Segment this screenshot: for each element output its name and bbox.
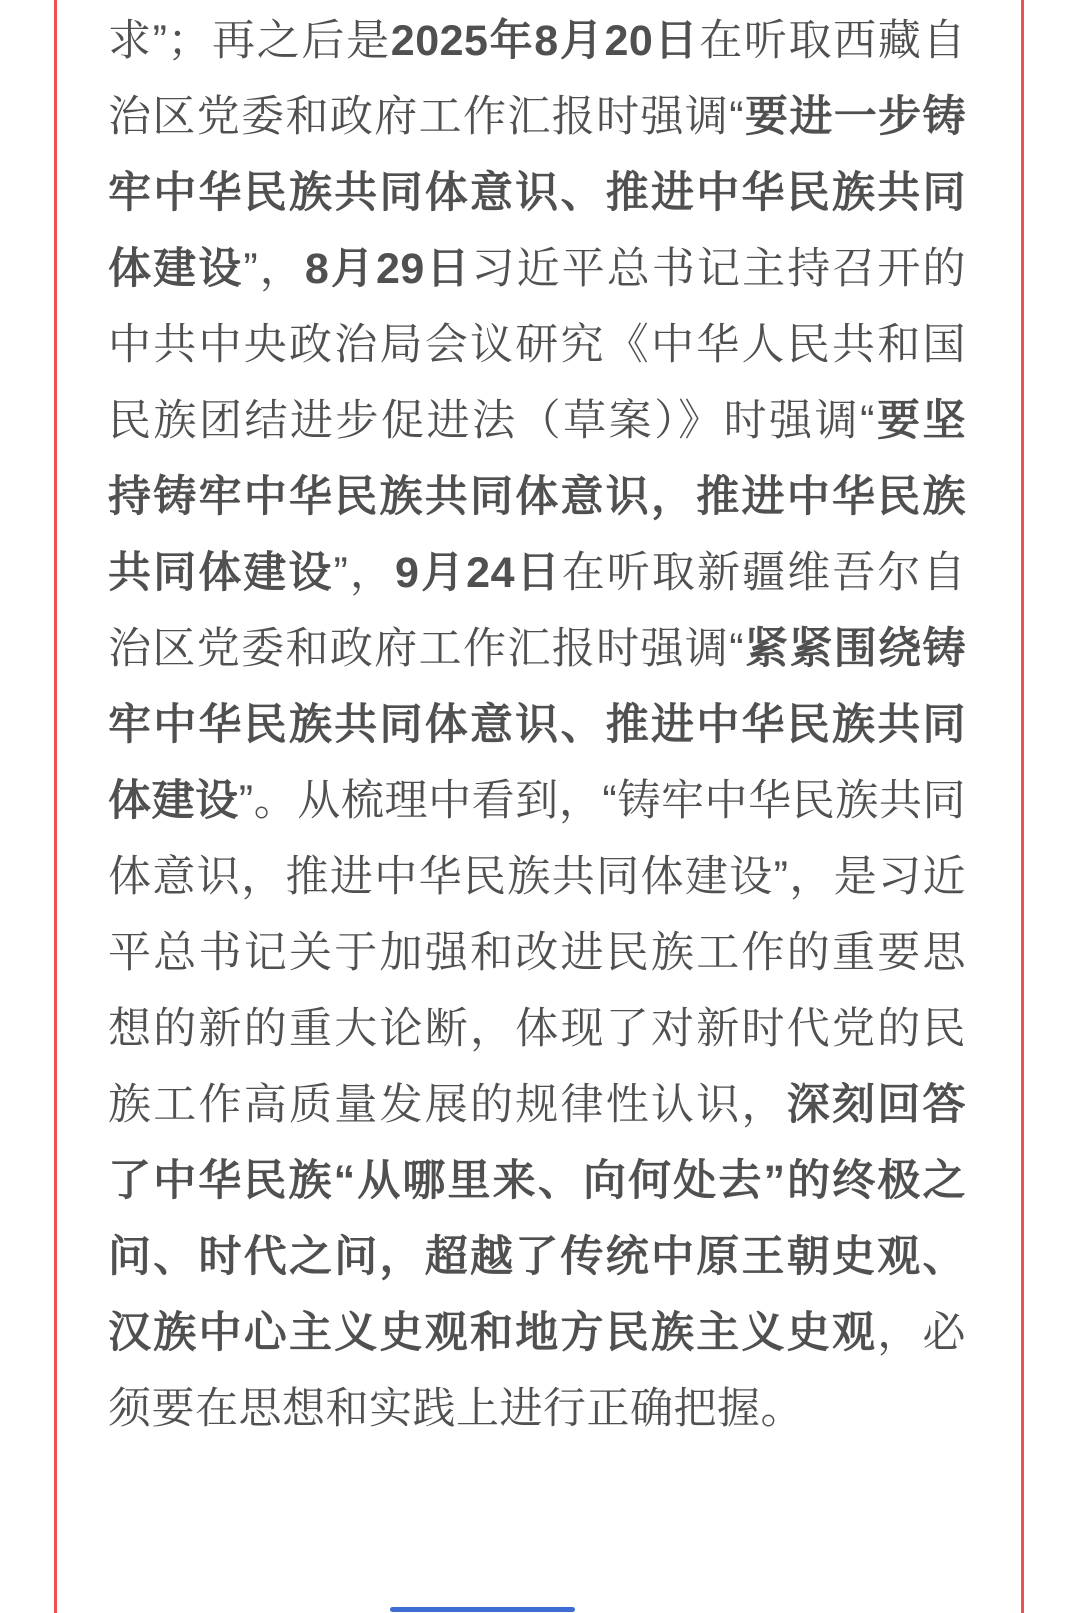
text-segment: 9月24日	[395, 549, 562, 597]
text-segment: 2025年8月20日	[391, 17, 699, 65]
left-red-border	[54, 0, 57, 1613]
text-segment: ”，	[243, 245, 305, 293]
bottom-link-underline	[390, 1607, 575, 1612]
text-segment: 求”；再之后是	[108, 17, 391, 65]
text-segment: 8月29日	[305, 245, 472, 293]
right-red-border	[1021, 0, 1024, 1613]
text-segment: ”，	[334, 549, 396, 597]
text-segment: ”。从梳理中看到，“铸牢中华民族共同体意识，推进中华民族共同体建设”，是习近平总…	[108, 777, 966, 1129]
article-paragraph: 求”；再之后是2025年8月20日在听取西藏自治区党委和政府工作汇报时强调“要进…	[108, 0, 966, 1447]
